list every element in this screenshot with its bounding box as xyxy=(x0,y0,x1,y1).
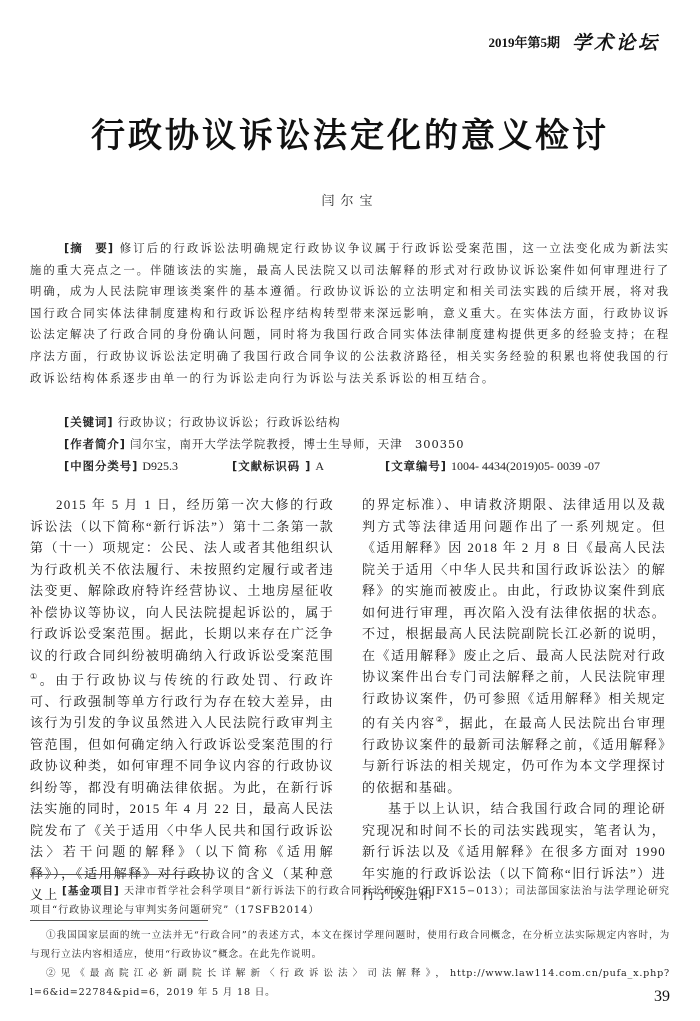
author-info-value: 闫尔宝，南开大学法学院教授，博士生导师，天津 300350 xyxy=(130,437,464,451)
keywords-value: 行政协议；行政协议诉讼；行政诉讼结构 xyxy=(118,415,341,429)
footnote-1: ①我国国家层面的统一立法并无“行政合同”的表述方式，本文在探讨学理问题时，使用行… xyxy=(30,926,670,964)
fund-label: [基金项目] xyxy=(62,885,120,897)
body-column-left: 2015 年 5 月 1 日，经历第一次大修的行政诉讼法（以下简称“新行诉法”）… xyxy=(30,494,334,906)
author-info-line: [作者简介]闫尔宝，南开大学法学院教授，博士生导师，天津 300350 xyxy=(64,436,464,452)
article-title: 行政协议诉讼法定化的意义检讨 xyxy=(0,108,700,157)
footnote-2: ②见《最高院江必新副院长详解新〈行政诉讼法〉司法解释》，http://www.l… xyxy=(30,964,670,1002)
doc-code-value: A xyxy=(315,459,324,473)
body-paragraph: 的界定标准）、申请救济期限、法律适用以及裁判方式等法律适用问题作出了一系列规定。… xyxy=(362,494,666,798)
article-no-value: 1004- 4434(2019)05- 0039 -07 xyxy=(451,459,600,473)
footnote-ref-2[interactable]: ② xyxy=(436,715,445,724)
article-author: 闫尔宝 xyxy=(0,190,700,209)
classification-line: [中图分类号]D925.3 [文献标识码 ]A [文章编号]1004- 4434… xyxy=(64,458,684,474)
article-no-label: [文章编号] xyxy=(385,459,447,473)
abstract: [摘 要] 修订后的行政诉讼法明确规定行政协议争议属于行政诉讼受案范围，这一立法… xyxy=(30,238,670,389)
author-info-label: [作者简介] xyxy=(64,437,126,451)
abstract-label: [摘 要] xyxy=(64,241,114,255)
abstract-text: 修订后的行政诉讼法明确规定行政协议争议属于行政诉讼受案范围，这一立法变化成为新法… xyxy=(30,241,670,385)
body-paragraph: 2015 年 5 月 1 日，经历第一次大修的行政诉讼法（以下简称“新行诉法”）… xyxy=(30,494,334,906)
keywords-label: [关键词] xyxy=(64,415,114,429)
journal-logo: 学术论坛 xyxy=(572,28,660,55)
clc-label: [中图分类号] xyxy=(64,459,138,473)
keywords-line: [关键词]行政协议；行政协议诉讼；行政诉讼结构 xyxy=(64,414,341,430)
footnote-divider xyxy=(30,874,208,875)
clc-value: D925.3 xyxy=(142,459,178,473)
fund-text: 天津市哲学社会科学项目“新行诉法下的行政合同诉讼研究”（TJFX15−013）；… xyxy=(30,886,670,916)
running-header: 2019年第5期 学术论坛 xyxy=(488,28,660,55)
footnotes: ①我国国家层面的统一立法并无“行政合同”的表述方式，本文在探讨学理问题时，使用行… xyxy=(30,926,670,1002)
fund-info: [基金项目] 天津市哲学社会科学项目“新行诉法下的行政合同诉讼研究”（TJFX1… xyxy=(30,882,670,920)
doc-code-label: [文献标识码 ] xyxy=(232,459,311,473)
page-number: 39 xyxy=(654,988,670,1006)
body-column-right: 的界定标准）、申请救济期限、法律适用以及裁判方式等法律适用问题作出了一系列规定。… xyxy=(362,494,666,906)
issue-label: 2019年第5期 xyxy=(488,32,560,51)
footnote-ref-1[interactable]: ① xyxy=(30,672,40,681)
footnote-divider xyxy=(30,920,208,921)
